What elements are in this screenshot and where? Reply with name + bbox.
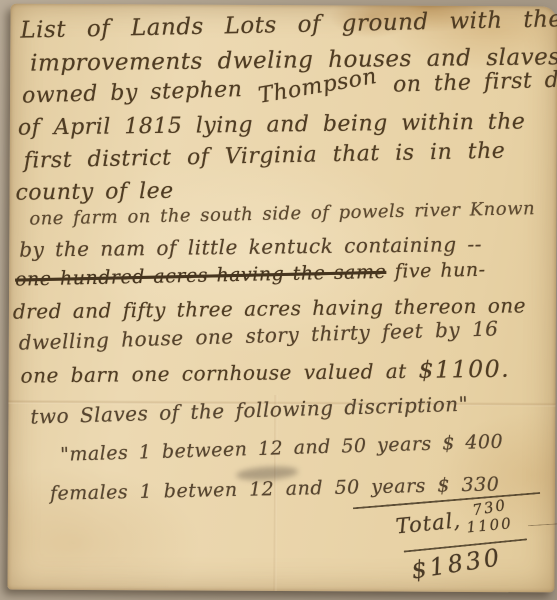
totals-block: Total, 730 1100 <box>395 503 511 538</box>
manuscript-segment: of April 1815 lying and being within the <box>18 109 526 140</box>
manuscript-segment: first district of Virginia that is in th… <box>23 139 505 174</box>
total-label: Total, <box>395 508 462 538</box>
manuscript-line-15: females 1 betwen 12 and 50 years $ 330 <box>50 475 500 503</box>
manuscript-segment: $1100. <box>418 355 510 384</box>
manuscript-segment: county of lee <box>15 179 173 206</box>
margin-dash-stroke <box>528 523 557 526</box>
manuscript-segment: two Slaves of the following discription" <box>30 392 469 429</box>
total-numerator: 730 <box>472 497 520 517</box>
manuscript-segment: List of Lands Lots of ground with their <box>20 6 557 44</box>
manuscript-line-13: two Slaves of the following discription" <box>30 394 468 427</box>
manuscript-line-1: List of Lands Lots of ground with their <box>20 8 557 43</box>
manuscript-line-8: by the nam of little kentuck containing … <box>19 234 482 260</box>
manuscript-segment: by the nam of little kentuck containing … <box>19 232 482 262</box>
manuscript-line-9: one hundred acres having the same five h… <box>15 261 486 290</box>
manuscript-line-14: "males 1 between 12 and 50 years $ 400 <box>60 433 504 465</box>
manuscript-line-11: dwelling house one story thirty feet by … <box>18 318 498 352</box>
manuscript-paper: List of Lands Lots of ground with theiri… <box>7 4 557 593</box>
manuscript-segment: one barn one cornhouse valued at <box>20 359 418 388</box>
manuscript-segment: one hundred acres having the same <box>15 261 387 291</box>
manuscript-segment: owned by stephen <box>22 77 256 109</box>
photo-background: List of Lands Lots of ground with theiri… <box>0 0 557 600</box>
manuscript-line-6: county of lee <box>15 181 173 205</box>
manuscript-line-12: one barn one cornhouse valued at $1100. <box>20 358 510 388</box>
manuscript-segment: "males 1 between 12 and 50 years $ 400 <box>60 431 504 466</box>
total-denominator: 1100 <box>466 517 513 534</box>
manuscript-segment: on the first day <box>380 67 557 98</box>
manuscript-line-5: first district of Virginia that is in th… <box>23 141 505 173</box>
total-sum-fraction: 730 1100 <box>463 503 511 531</box>
manuscript-line-4: of April 1815 lying and being within the <box>18 111 526 139</box>
manuscript-text: List of Lands Lots of ground with theiri… <box>11 4 557 7</box>
manuscript-segment: five hun- <box>386 259 486 283</box>
